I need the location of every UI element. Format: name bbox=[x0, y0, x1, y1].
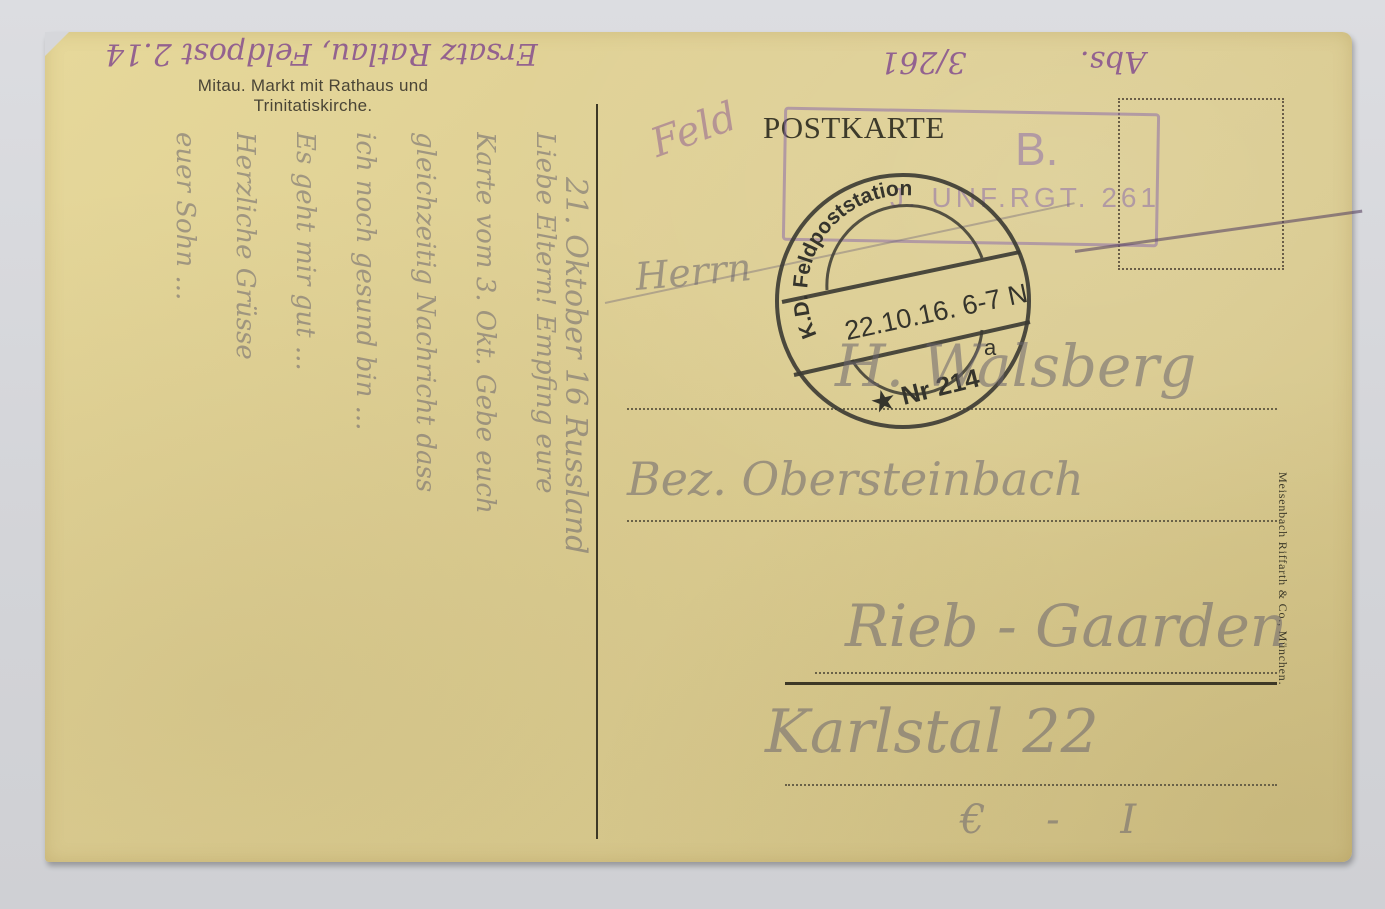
address-district: Bez. Obersteinbach bbox=[627, 452, 1084, 506]
address-line-4 bbox=[785, 784, 1277, 786]
center-divider-line bbox=[596, 104, 598, 839]
message-line: Karte vom 3. Okt. Gebe euch bbox=[470, 132, 500, 514]
message-line: euer Sohn ... bbox=[170, 132, 200, 300]
cachet-letter: B. bbox=[1015, 122, 1058, 176]
address-line-2 bbox=[627, 520, 1277, 522]
address-town: Rieb - Gaarden bbox=[845, 592, 1287, 660]
caption-line-2: Trinitatiskirche. bbox=[103, 96, 523, 116]
caption-line-1: Mitau. Markt mit Rathaus und bbox=[103, 76, 523, 96]
handwriting-top-right-1: 3/261 bbox=[880, 44, 966, 79]
address-name: H. Walsberg bbox=[835, 332, 1196, 400]
address-line-3 bbox=[815, 672, 1277, 674]
handwriting-top-right-2: Abs. bbox=[1080, 44, 1146, 79]
address-salutation: Herrn bbox=[633, 245, 753, 299]
postcard: Mitau. Markt mit Rathaus und Trinitatisk… bbox=[45, 32, 1352, 862]
message-line: Herzliche Grüsse bbox=[230, 132, 260, 360]
message-line: gleichzeitig Nachricht dass bbox=[410, 132, 440, 492]
message-line: Liebe Eltern! Empfing eure bbox=[530, 132, 560, 494]
message-line: ich noch gesund bin ... bbox=[350, 132, 380, 430]
picture-caption: Mitau. Markt mit Rathaus und Trinitatisk… bbox=[103, 76, 523, 116]
address-underline bbox=[785, 682, 1277, 685]
handwriting-diagonal: Feld bbox=[645, 93, 743, 166]
handwriting-top-upside-down: Ersatz Ratlau, Feldpost 2.14 bbox=[105, 36, 538, 71]
message-line: Es geht mir gut ... bbox=[290, 132, 320, 371]
address-street: Karlstal 22 bbox=[765, 697, 1099, 767]
address-bottom-marks: € - I bbox=[960, 797, 1160, 843]
message-body: Liebe Eltern! Empfing eure Karte vom 3. … bbox=[105, 132, 585, 852]
